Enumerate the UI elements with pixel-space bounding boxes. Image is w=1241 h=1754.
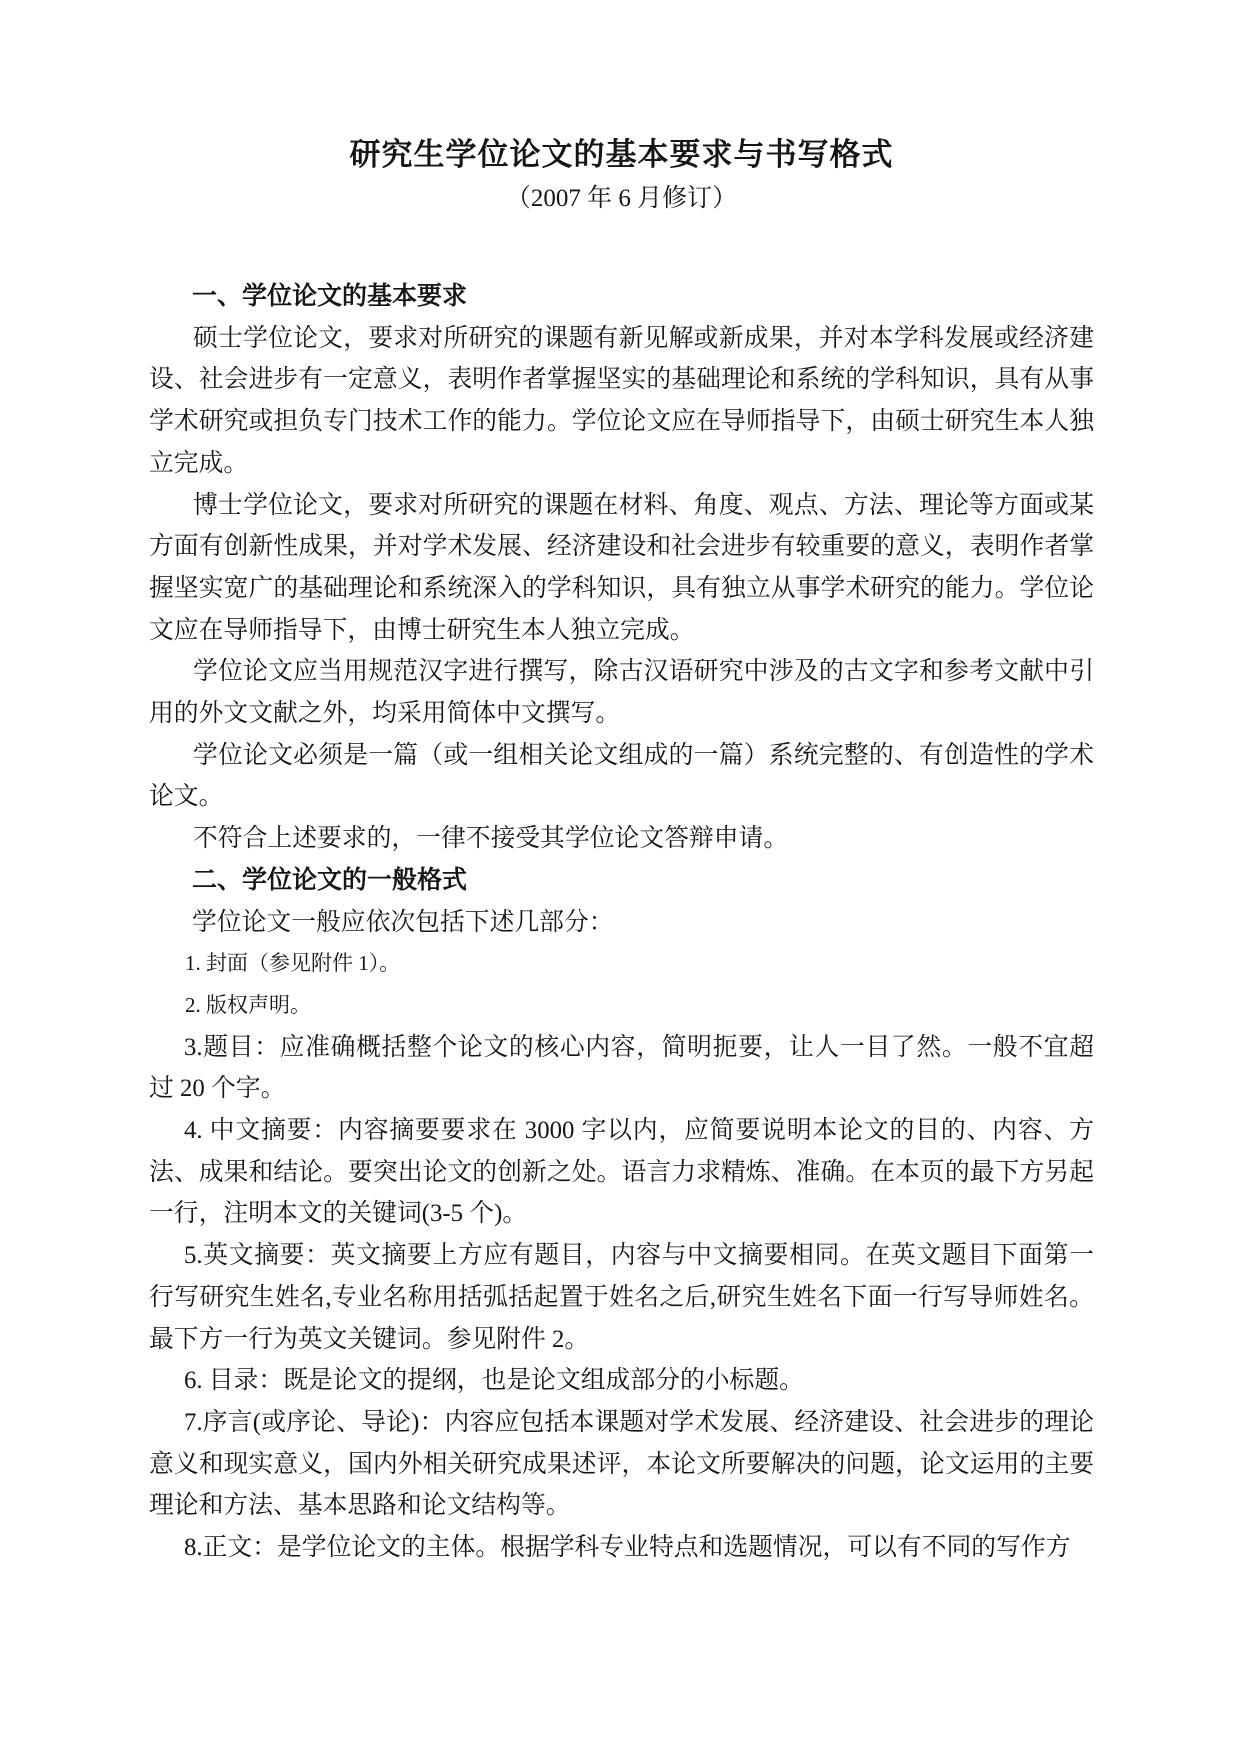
section-1-paragraph-master-thesis: 硕士学位论文，要求对所研究的课题有新见解或新成果，并对本学科发展或经济建设、社会… bbox=[149, 318, 1094, 485]
section-1-paragraph-doctoral-thesis: 博士学位论文，要求对所研究的课题在材料、角度、观点、方法、理论等方面或某方面有创… bbox=[149, 485, 1094, 652]
section-1-paragraph-defense-application: 不符合上述要求的，一律不接受其学位论文答辩申请。 bbox=[149, 818, 1094, 860]
document-subtitle: （2007 年 6 月修订） bbox=[149, 178, 1094, 220]
list-item-chinese-abstract: 4. 中文摘要：内容摘要要求在 3000 字以内，应简要说明本论文的目的、内容、… bbox=[149, 1110, 1094, 1235]
list-item-title: 3.题目：应准确概括整个论文的核心内容，简明扼要，让人一目了然。一般不宜超过 2… bbox=[149, 1027, 1094, 1110]
list-item-english-abstract: 5.英文摘要：英文摘要上方应有题目，内容与中文摘要相同。在英文题目下面第一行写研… bbox=[149, 1235, 1094, 1360]
section-1-paragraph-standard-chinese: 学位论文应当用规范汉字进行撰写，除古汉语研究中涉及的古文字和参考文献中引用的外文… bbox=[149, 651, 1094, 734]
list-item-main-body: 8.正文：是学位论文的主体。根据学科专业特点和选题情况，可以有不同的写作方 bbox=[149, 1527, 1094, 1569]
section-1-paragraph-systematic-thesis: 学位论文必须是一篇（或一组相关论文组成的一篇）系统完整的、有创造性的学术论文。 bbox=[149, 735, 1094, 818]
document-page: 研究生学位论文的基本要求与书写格式 （2007 年 6 月修订） 一、学位论文的… bbox=[0, 0, 1241, 1754]
list-item-table-of-contents: 6. 目录：既是论文的提纲，也是论文组成部分的小标题。 bbox=[149, 1360, 1094, 1402]
list-item-preface: 7.序言(或序论、导论)：内容应包括本课题对学术发展、经济建设、社会进步的理论意… bbox=[149, 1402, 1094, 1527]
section-2-heading: 二、学位论文的一般格式 bbox=[149, 860, 1094, 902]
section-1-heading: 一、学位论文的基本要求 bbox=[149, 276, 1094, 318]
list-item-cover: 1. 封面（参见附件 1）。 bbox=[149, 943, 1094, 985]
document-title: 研究生学位论文的基本要求与书写格式 bbox=[149, 132, 1094, 178]
section-2-list-intro: 学位论文一般应依次包括下述几部分： bbox=[149, 902, 1094, 944]
document-body: 一、学位论文的基本要求 硕士学位论文，要求对所研究的课题有新见解或新成果，并对本… bbox=[149, 276, 1094, 1569]
list-item-copyright: 2. 版权声明。 bbox=[149, 985, 1094, 1027]
